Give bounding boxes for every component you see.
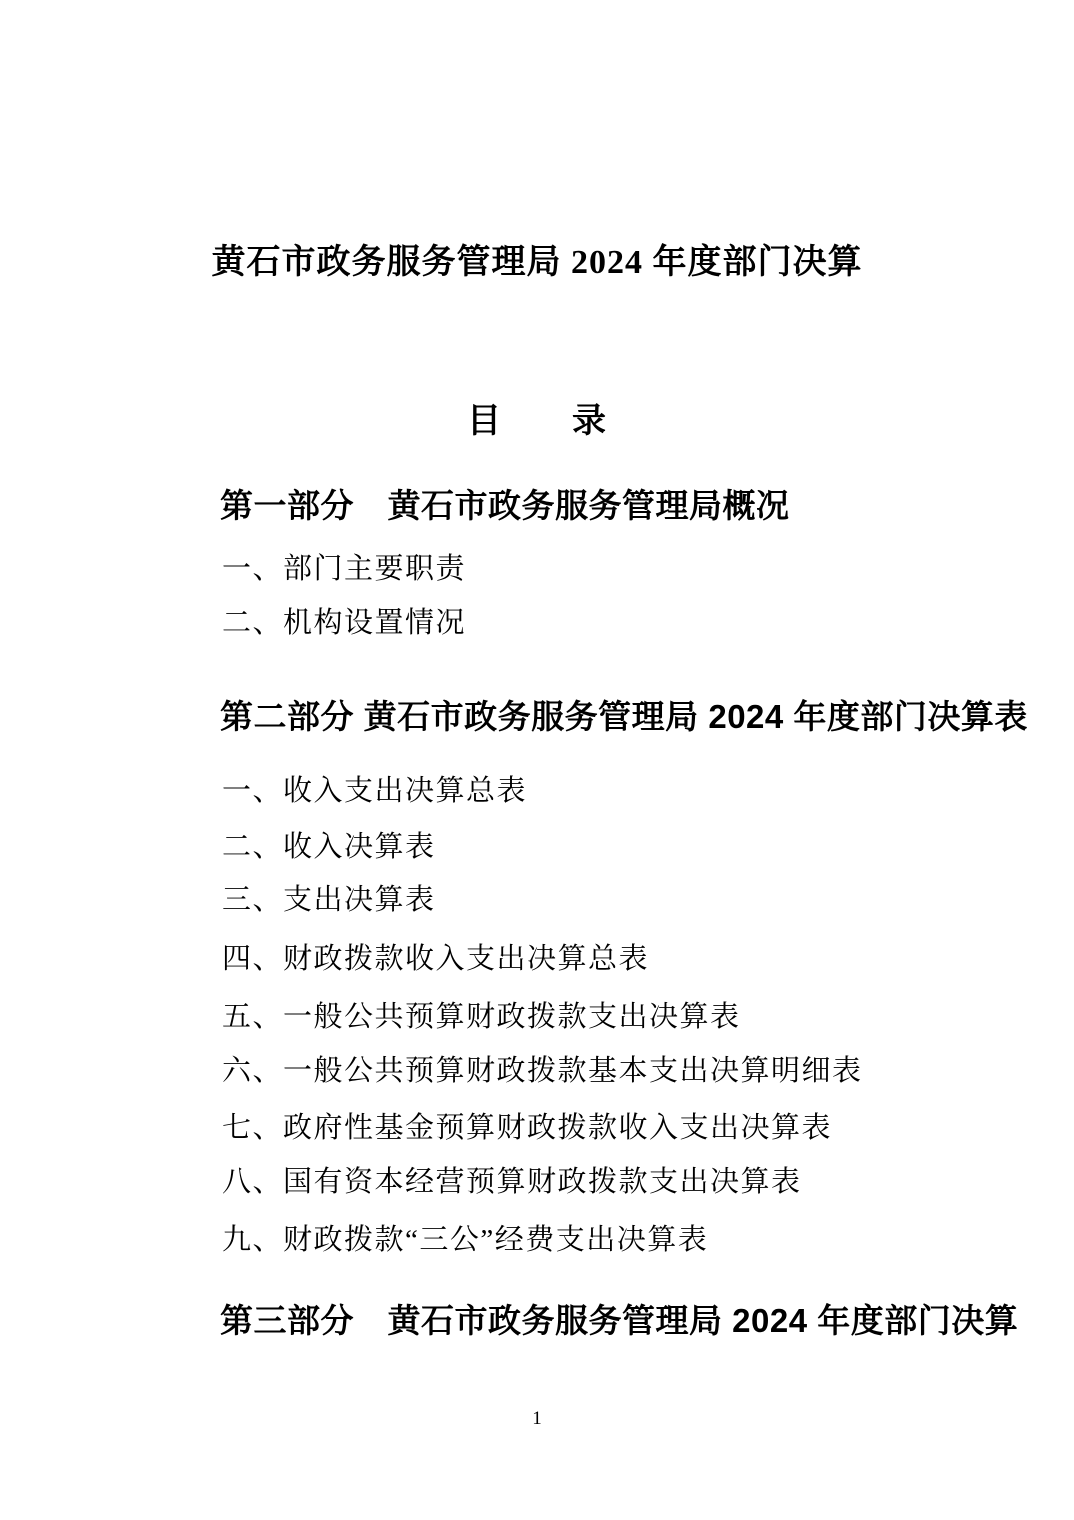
toc-item-part2-2: 二、收入决算表 (222, 830, 436, 865)
toc-item-part1-1: 一、部门主要职责 (222, 552, 466, 587)
toc-item-part2-5: 五、一般公共预算财政拨款支出决算表 (222, 1000, 741, 1035)
toc-heading: 目 录 (0, 402, 1074, 443)
part1-heading: 第一部分 黄石市政务服务管理局概况 (220, 486, 790, 526)
page-number: 1 (0, 1408, 1074, 1431)
toc-item-part2-1: 一、收入支出决算总表 (222, 774, 527, 809)
toc-item-part2-9: 九、财政拨款“三公”经费支出决算表 (222, 1223, 708, 1258)
toc-item-part2-8: 八、国有资本经营预算财政拨款支出决算表 (222, 1165, 802, 1200)
toc-item-part1-2: 二、机构设置情况 (222, 606, 466, 641)
toc-item-part2-4: 四、财政拨款收入支出决算总表 (222, 942, 649, 977)
document-title: 黄石市政务服务管理局 2024 年度部门决算 (0, 243, 1074, 284)
part3-heading: 第三部分 黄石市政务服务管理局 2024 年度部门决算 (220, 1301, 1018, 1341)
toc-item-part2-7: 七、政府性基金预算财政拨款收入支出决算表 (222, 1111, 832, 1146)
toc-item-part2-3: 三、支出决算表 (222, 883, 436, 918)
part2-heading: 第二部分 黄石市政务服务管理局 2024 年度部门决算表 (220, 697, 1028, 737)
document-page: 黄石市政务服务管理局 2024 年度部门决算 目 录 第一部分 黄石市政务服务管… (0, 0, 1074, 1520)
toc-item-part2-6: 六、一般公共预算财政拨款基本支出决算明细表 (222, 1054, 863, 1089)
